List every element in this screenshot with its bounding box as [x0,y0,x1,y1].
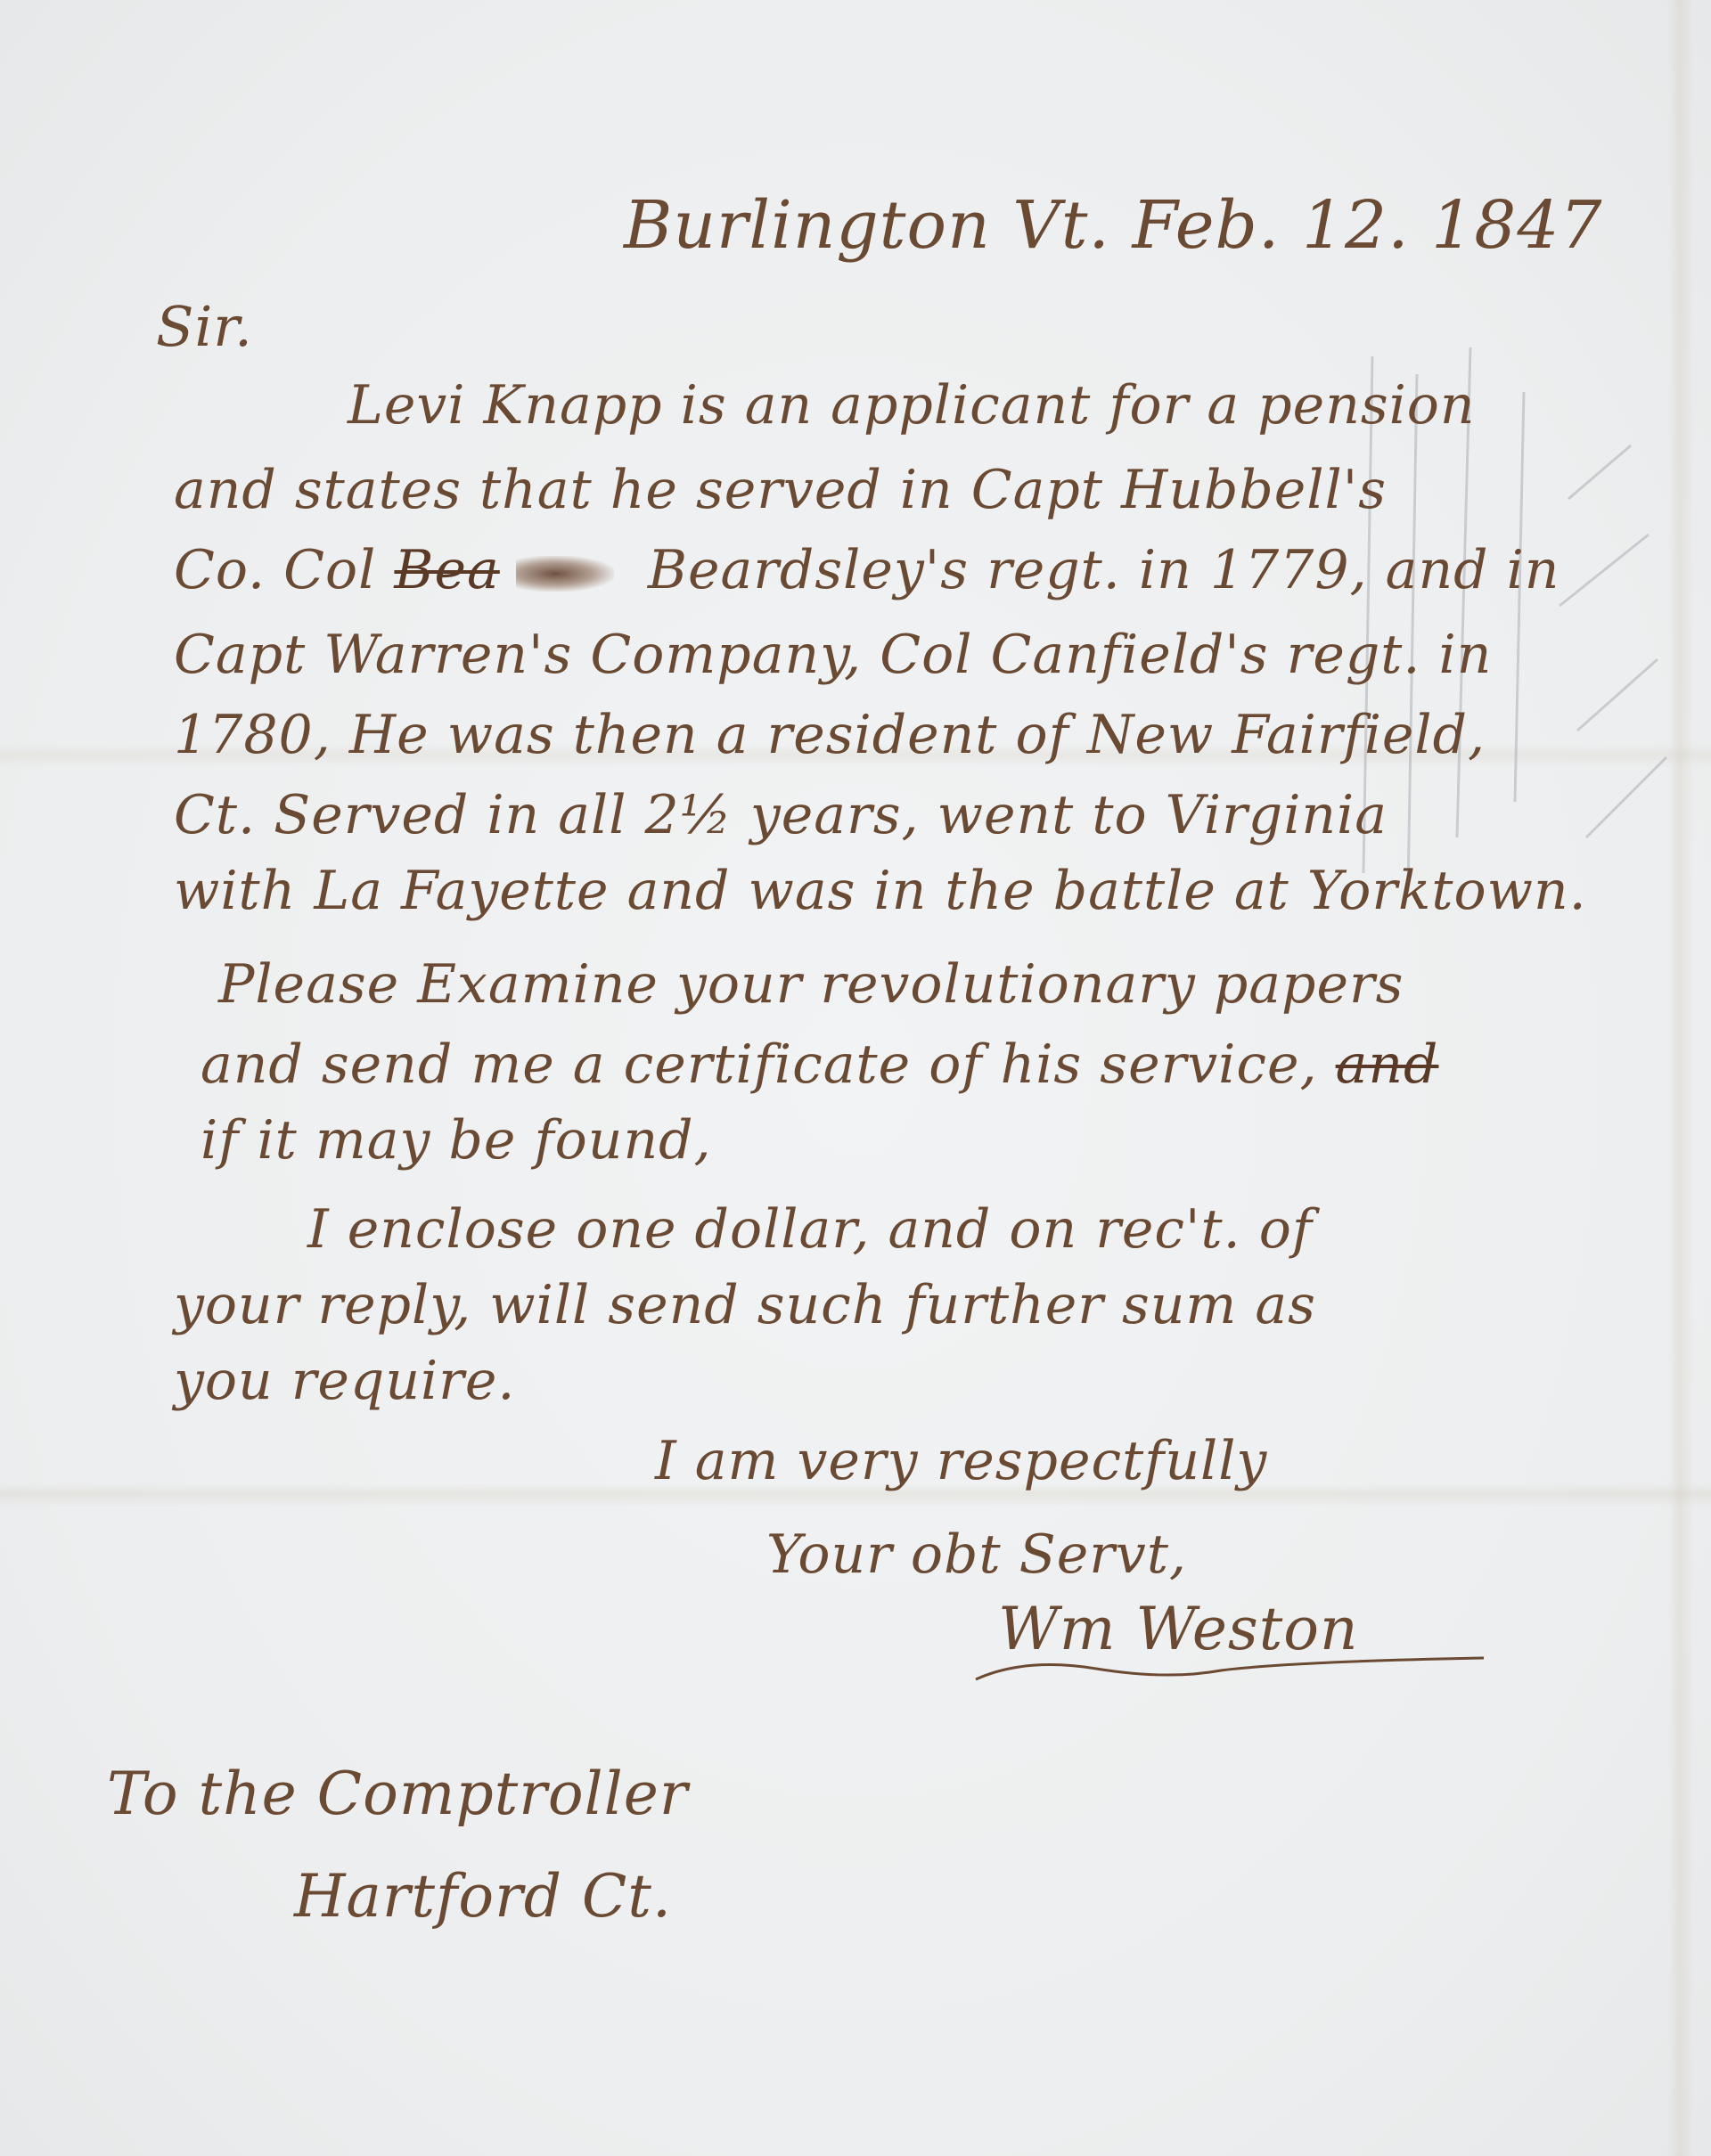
body-line: and send me a certificate of his service… [201,1033,1438,1096]
body-line: if it may be found, [201,1109,712,1172]
body-line: Ct. Served in all 2½ years, went to Virg… [174,784,1388,846]
body-line: Capt Warren's Company, Col Canfield's re… [174,624,1492,686]
addressee-line: Hartford Ct. [294,1862,672,1931]
ink-blot [516,556,614,592]
struck-word: and [1336,1033,1439,1096]
body-line: you require. [174,1350,515,1412]
struck-word: Bea [394,539,499,601]
body-line: Levi Knapp is an applicant for a pension [348,374,1476,437]
body-line: with La Fayette and was in the battle at… [174,860,1587,922]
letter-salutation: Sir. [156,294,253,359]
body-line: your reply, will send such further sum a… [174,1274,1316,1336]
body-line: I enclose one dollar, and on rec't. of [307,1198,1313,1261]
body-line-end: Beardsley's regt. in 1779, and in [648,539,1560,601]
body-line-start: Co. Col [174,539,376,601]
closing-line: Your obt Servt, [766,1523,1187,1586]
body-line-start: and send me a certificate of his service… [201,1033,1318,1096]
body-line: 1780, He was then a resident of New Fair… [174,704,1486,766]
letter-dateline: Burlington Vt. Feb. 12. 1847 [624,187,1603,264]
body-line: Please Examine your revolutionary papers [218,953,1404,1016]
signature-flourish [971,1653,1488,1688]
closing-line: I am very respectfully [655,1430,1267,1492]
body-line: Co. Col Bea Beardsley's regt. in 1779, a… [174,539,1560,601]
body-line: and states that he served in Capt Hubbel… [174,459,1387,521]
addressee-line: To the Comptroller [107,1760,688,1828]
